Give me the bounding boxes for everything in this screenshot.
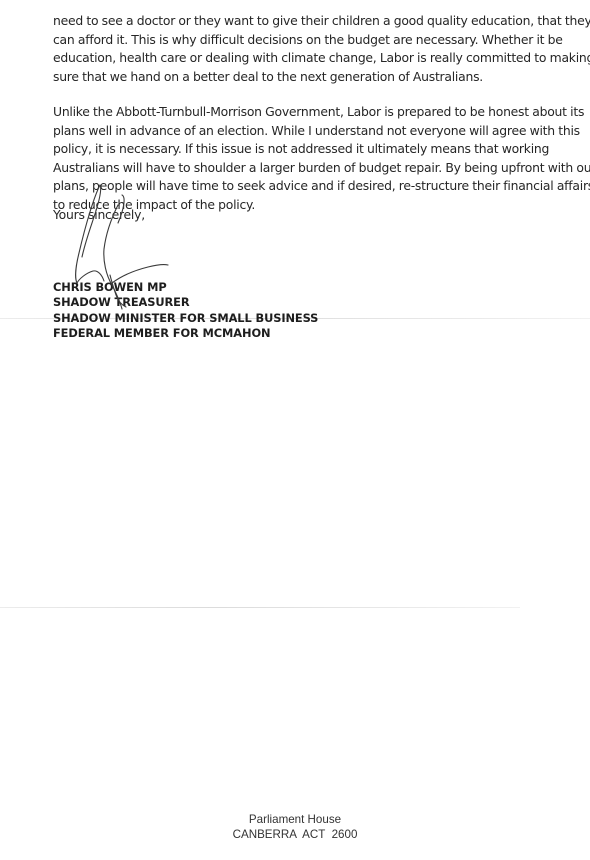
address-line: Parliament House bbox=[0, 812, 590, 827]
body-paragraph-2: Unlike the Abbott-Turnbull-Morrison Gove… bbox=[53, 103, 563, 215]
closing-text: Yours sincerely, bbox=[53, 206, 563, 225]
text-line: plans well in advance of an election. Wh… bbox=[53, 122, 563, 141]
body-paragraph-1: need to see a doctor or they want to giv… bbox=[53, 12, 563, 86]
text-line: can afford it. This is why difficult dec… bbox=[53, 31, 563, 50]
text-line: Australians will have to shoulder a larg… bbox=[53, 159, 563, 178]
address-line: CANBERRA ACT 2600 bbox=[0, 827, 590, 842]
text-line: sure that we hand on a better deal to th… bbox=[53, 68, 563, 87]
scan-artifact-line bbox=[0, 607, 520, 608]
text-line: Unlike the Abbott-Turnbull-Morrison Gove… bbox=[53, 103, 563, 122]
signatory-name: CHRIS BOWEN MP bbox=[53, 280, 318, 295]
closing-salutation: Yours sincerely, bbox=[53, 206, 563, 225]
text-line: policy, it is necessary. If this issue i… bbox=[53, 140, 563, 159]
signatory-title: SHADOW TREASURER bbox=[53, 295, 318, 310]
address-footer: Parliament House CANBERRA ACT 2600 bbox=[0, 812, 590, 842]
text-line: education, health care or dealing with c… bbox=[53, 49, 563, 68]
signatory-title: SHADOW MINISTER FOR SMALL BUSINESS bbox=[53, 311, 318, 326]
text-line: need to see a doctor or they want to giv… bbox=[53, 12, 563, 31]
letter-page: need to see a doctor or they want to giv… bbox=[0, 0, 590, 860]
text-line: plans, people will have time to seek adv… bbox=[53, 177, 563, 196]
signatory-title: FEDERAL MEMBER FOR MCMAHON bbox=[53, 326, 318, 341]
signature-block: CHRIS BOWEN MP SHADOW TREASURER SHADOW M… bbox=[53, 280, 318, 341]
